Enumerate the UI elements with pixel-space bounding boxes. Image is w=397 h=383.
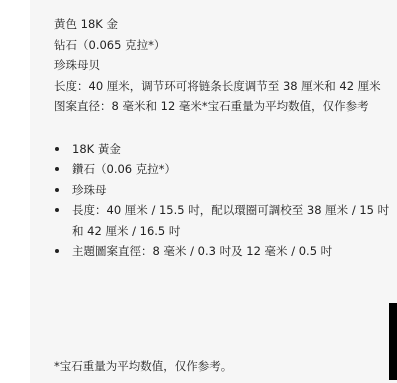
spec-length-trad: 長度：40 厘米 / 15.5 吋，配以環圈可調校至 38 厘米 / 15 吋和… bbox=[72, 203, 389, 238]
bullet-icon bbox=[55, 147, 59, 151]
scrollbar-thumb[interactable] bbox=[389, 303, 397, 380]
list-item: 長度：40 厘米 / 15.5 吋，配以環圈可調校至 38 厘米 / 15 吋和… bbox=[54, 200, 390, 241]
gem-weight-footnote: *宝石重量为平均数值，仅作参考。 bbox=[54, 356, 232, 376]
bullet-icon bbox=[55, 167, 59, 171]
list-item: 珍珠母 bbox=[54, 180, 390, 201]
bullet-icon bbox=[55, 188, 59, 192]
spec-length: 长度：40 厘米，调节环可将链条长度调节至 38 厘米和 42 厘米 bbox=[54, 76, 390, 97]
list-item: 鑽石（0.06 克拉*） bbox=[54, 159, 390, 180]
list-item: 主題圖案直徑：8 毫米 / 0.3 吋及 12 毫米 / 0.5 吋 bbox=[54, 241, 390, 262]
spec-mother-of-pearl: 珍珠母贝 bbox=[54, 55, 390, 76]
spec-motif-diameter: 图案直径：8 毫米和 12 毫米*宝石重量为平均数值，仅作参考 bbox=[54, 96, 390, 117]
spec-diamond-trad: 鑽石（0.06 克拉*） bbox=[72, 162, 176, 176]
spec-motif-diameter-trad: 主題圖案直徑：8 毫米 / 0.3 吋及 12 毫米 / 0.5 吋 bbox=[72, 244, 332, 258]
specs-simplified-chinese: 黄色 18K 金 钻石（0.065 克拉*） 珍珠母贝 长度：40 厘米，调节环… bbox=[54, 14, 390, 117]
spec-mother-of-pearl-trad: 珍珠母 bbox=[72, 183, 107, 197]
list-item: 18K 黃金 bbox=[54, 139, 390, 160]
bullet-icon bbox=[55, 208, 59, 212]
product-specs-content: 黄色 18K 金 钻石（0.065 克拉*） 珍珠母贝 长度：40 厘米，调节环… bbox=[54, 14, 390, 262]
specs-traditional-chinese-list: 18K 黃金 鑽石（0.06 克拉*） 珍珠母 長度：40 厘米 / 15.5 … bbox=[54, 139, 390, 262]
spec-material: 黄色 18K 金 bbox=[54, 14, 390, 35]
bullet-icon bbox=[55, 249, 59, 253]
spec-material-trad: 18K 黃金 bbox=[72, 142, 121, 156]
spec-diamond: 钻石（0.065 克拉*） bbox=[54, 35, 390, 56]
